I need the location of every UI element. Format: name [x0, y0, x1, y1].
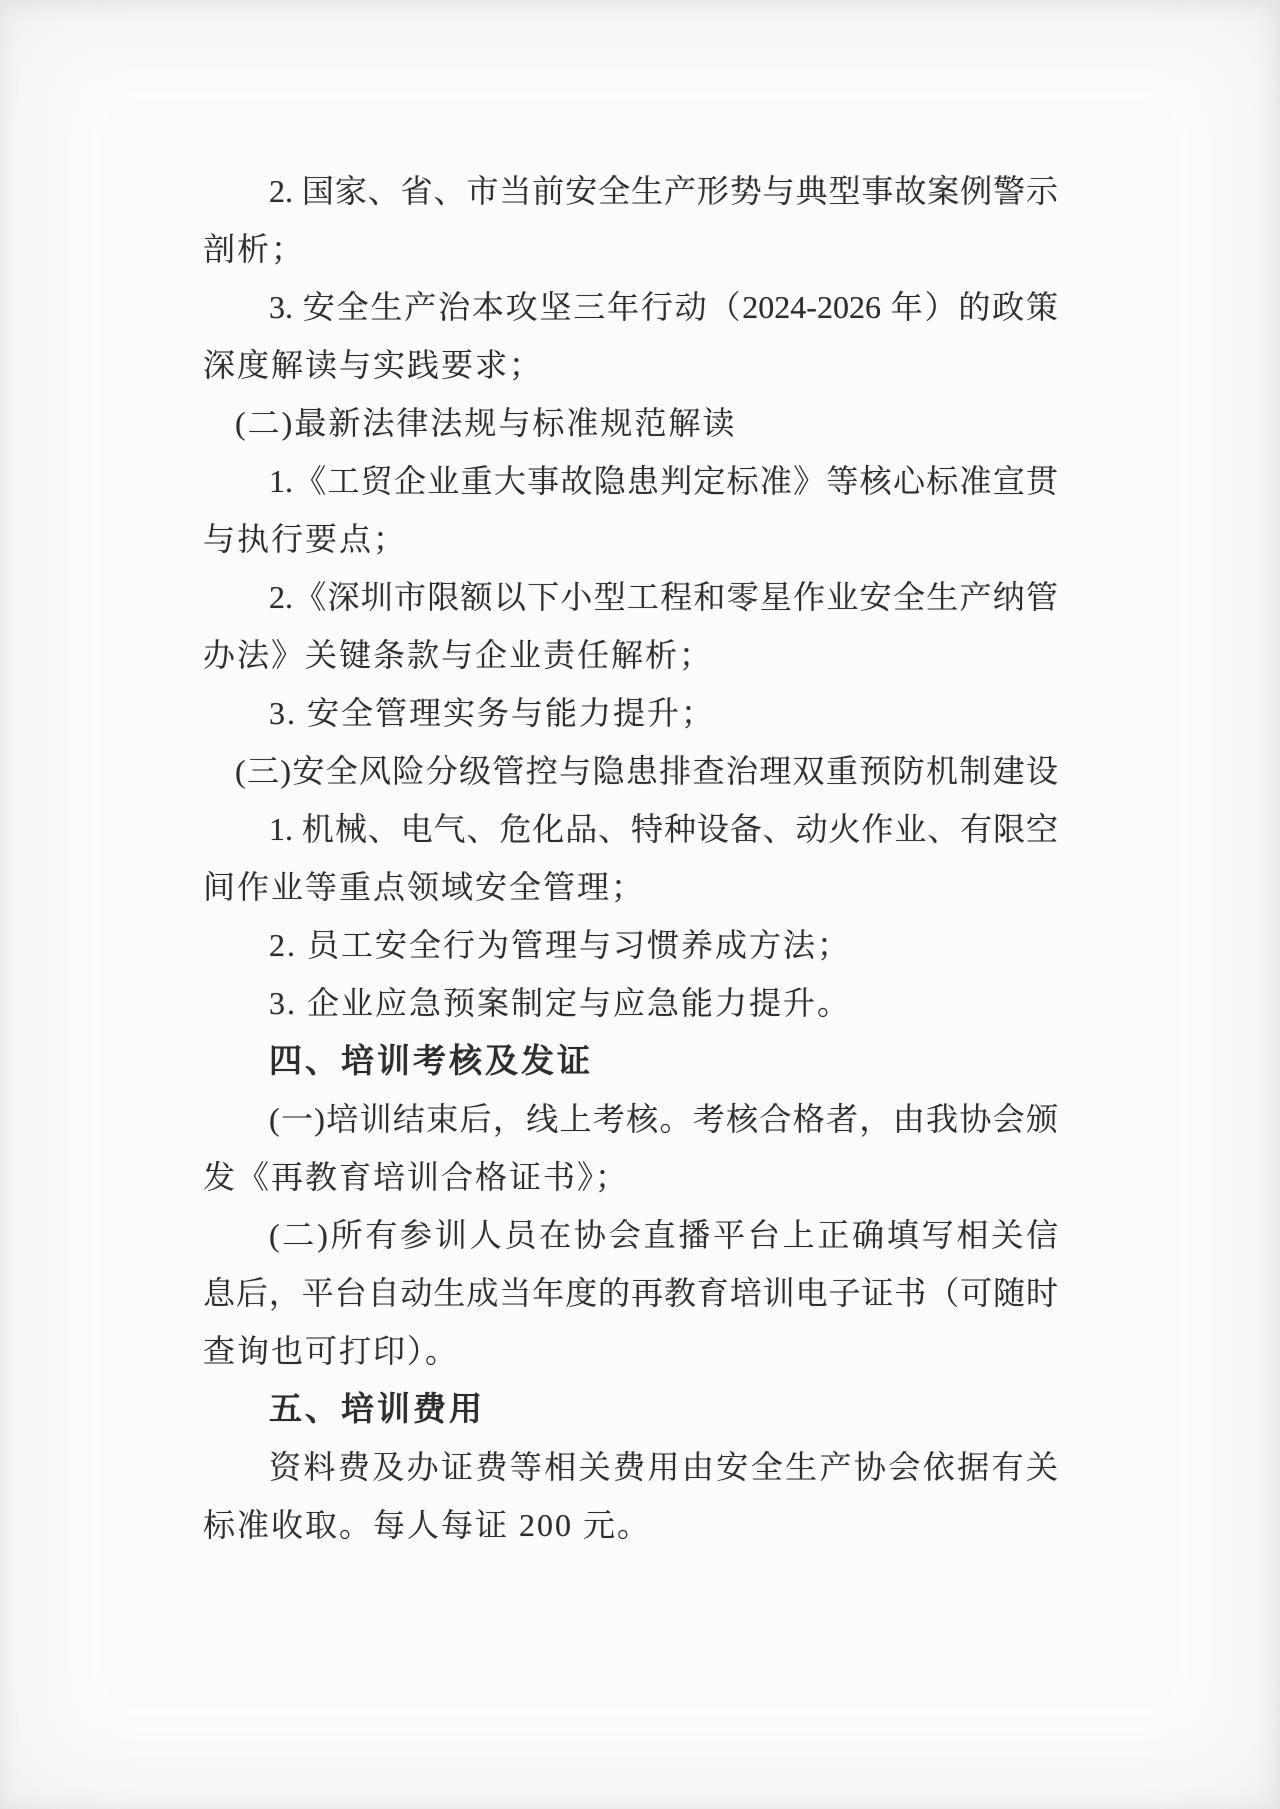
doc-line: 与执行要点；	[203, 510, 1058, 568]
doc-line: 标准收取。每人每证 200 元。	[203, 1496, 1058, 1554]
doc-line: 深度解读与实践要求；	[203, 336, 1058, 394]
document-page: 2. 国家、省、市当前安全生产形势与典型事故案例警示 剖析； 3. 安全生产治本…	[0, 0, 1280, 1809]
doc-line: 间作业等重点领域安全管理；	[203, 858, 1058, 916]
section-heading-fees: 五、培训费用	[203, 1380, 1058, 1438]
doc-subsection-heading: (二)最新法律法规与标准规范解读	[203, 394, 1058, 452]
doc-line: 1. 机械、电气、危化品、特种设备、动火作业、有限空	[203, 800, 1058, 858]
doc-line: 2. 员工安全行为管理与习惯养成方法；	[203, 916, 1058, 974]
doc-subsection-heading: (三)安全风险分级管控与隐患排查治理双重预防机制建设	[203, 742, 1058, 800]
doc-line: 2. 国家、省、市当前安全生产形势与典型事故案例警示	[203, 162, 1058, 220]
doc-line: 办法》关键条款与企业责任解析；	[203, 626, 1058, 684]
doc-line: 3. 安全生产治本攻坚三年行动（2024-2026 年）的政策	[203, 278, 1058, 336]
doc-line: 资料费及办证费等相关费用由安全生产协会依据有关	[203, 1438, 1058, 1496]
section-heading-assessment: 四、培训考核及发证	[203, 1032, 1058, 1090]
doc-line: 3. 企业应急预案制定与应急能力提升。	[203, 974, 1058, 1032]
doc-line: 息后，平台自动生成当年度的再教育培训电子证书（可随时	[203, 1264, 1058, 1322]
document-text-block: 2. 国家、省、市当前安全生产形势与典型事故案例警示 剖析； 3. 安全生产治本…	[203, 162, 1058, 1554]
doc-line: 1.《工贸企业重大事故隐患判定标准》等核心标准宣贯	[203, 452, 1058, 510]
doc-line: 发《再教育培训合格证书》；	[203, 1148, 1058, 1206]
doc-line: 查询也可打印）。	[203, 1322, 1058, 1380]
doc-line: 2.《深圳市限额以下小型工程和零星作业安全生产纳管	[203, 568, 1058, 626]
doc-line: 3. 安全管理实务与能力提升；	[203, 684, 1058, 742]
doc-line: (一)培训结束后，线上考核。考核合格者，由我协会颁	[203, 1090, 1058, 1148]
doc-line: (二)所有参训人员在协会直播平台上正确填写相关信	[203, 1206, 1058, 1264]
doc-line: 剖析；	[203, 220, 1058, 278]
